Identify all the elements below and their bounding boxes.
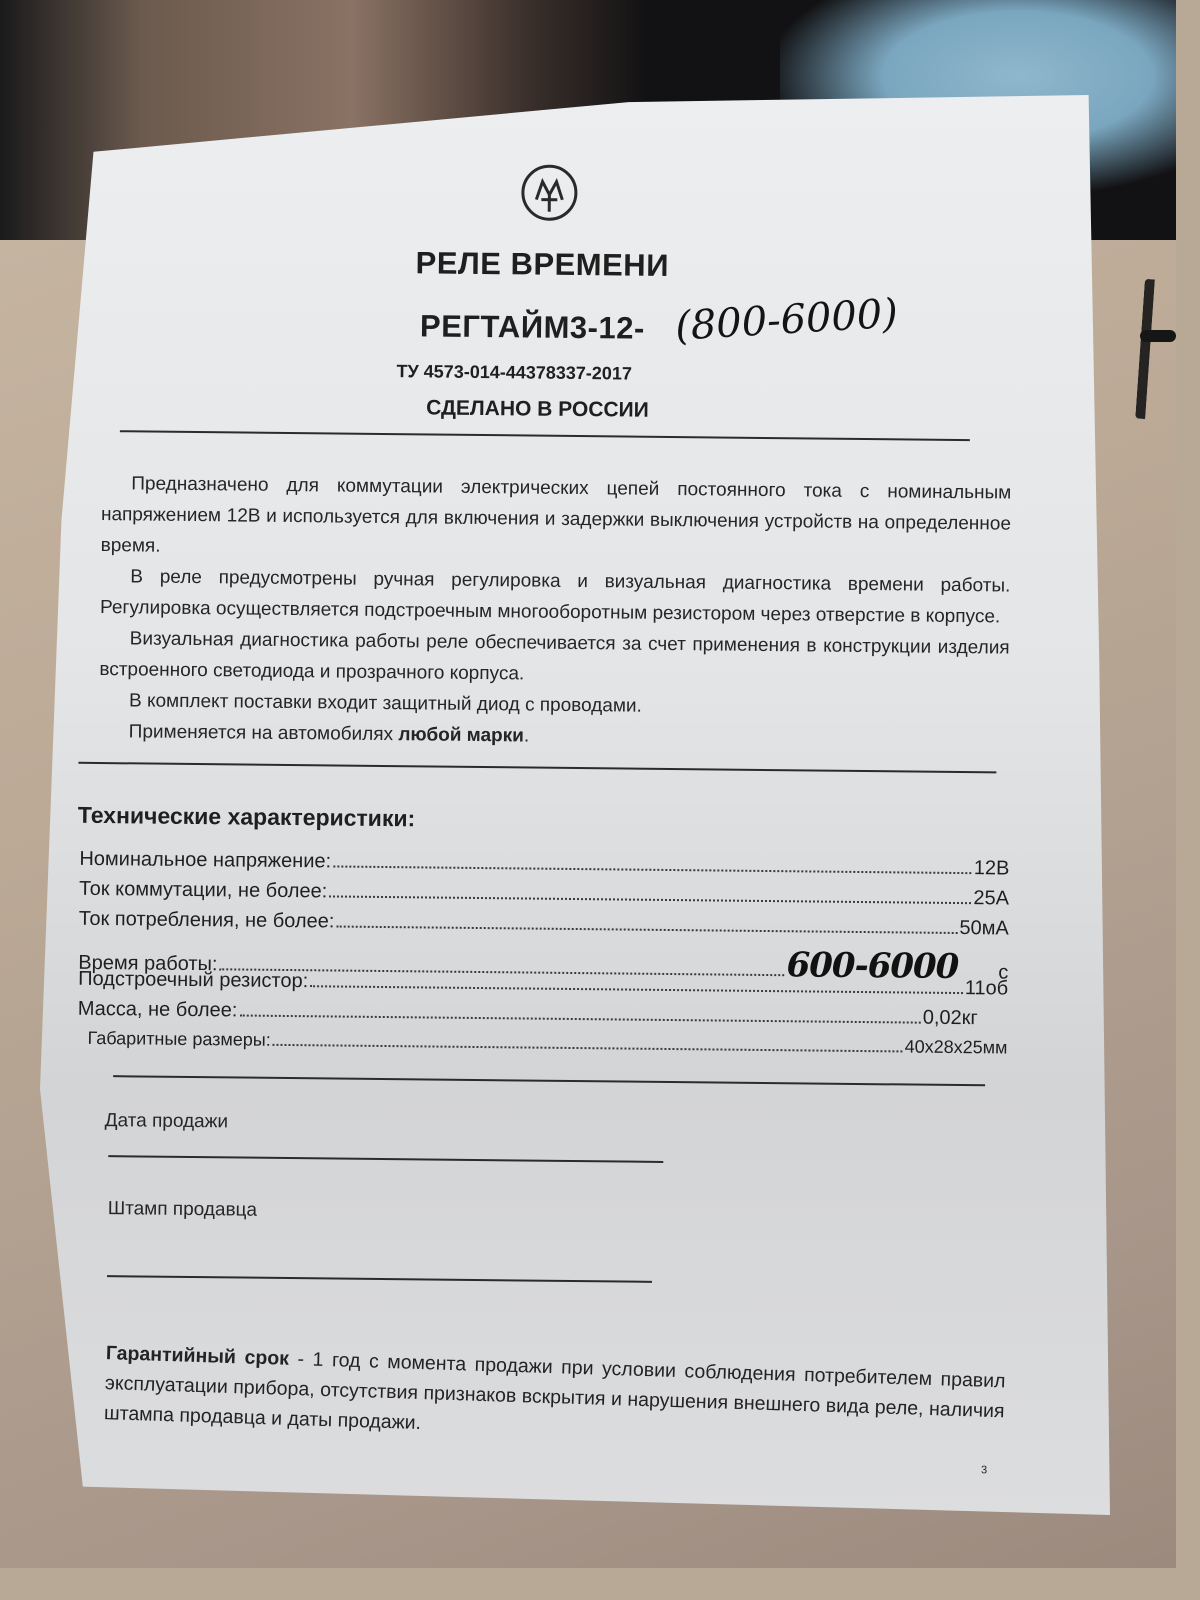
spec-label: Подстроечный резистор:	[78, 968, 308, 993]
leader-dots	[239, 1014, 920, 1023]
usage-text: Применяется на автомобилях	[129, 721, 399, 745]
leader-dots	[333, 865, 972, 874]
divider	[120, 430, 970, 441]
spec-value: 0,02кг	[923, 1007, 978, 1031]
divider	[113, 1075, 985, 1086]
spec-value: 50мА	[959, 917, 1009, 941]
model-name: РЕГТАЙМ3-12-	[420, 308, 645, 346]
usage-bold-text: любой марки	[398, 724, 524, 746]
seller-stamp-line[interactable]	[107, 1275, 652, 1283]
leader-dots	[329, 895, 971, 904]
spec-value: 25А	[973, 887, 1009, 910]
made-in-label: СДЕЛАНО В РОССИИ	[426, 396, 649, 422]
spec-label: Габаритные размеры:	[87, 1028, 270, 1051]
spec-label: Номинальное напряжение:	[79, 848, 331, 874]
warranty-text: Гарантийный срок - 1 год с момента прода…	[104, 1338, 1006, 1456]
handwritten-model-range: (800-6000)	[674, 291, 899, 350]
divider	[78, 762, 996, 774]
spec-label: Масса, не более:	[78, 998, 238, 1023]
leader-dots	[336, 926, 957, 935]
spec-value: 40х28х25мм	[905, 1036, 1008, 1058]
spec-label: Ток потребления, не более:	[79, 908, 335, 934]
manufacturer-logo-icon	[521, 164, 578, 221]
description-paragraph: Визуальная диагностика работы реле обесп…	[99, 623, 1010, 695]
seller-stamp-label: Штамп продавца	[108, 1198, 258, 1222]
warranty-title: Гарантийный срок	[106, 1342, 290, 1370]
marker-scribble-stroke	[1140, 330, 1176, 342]
spec-code: ТУ 4573-014-44378337-2017	[396, 361, 632, 384]
sale-date-label: Дата продажи	[105, 1110, 229, 1133]
sale-date-line[interactable]	[108, 1155, 663, 1163]
page-number: 3	[981, 1464, 987, 1476]
spec-value: 12В	[974, 857, 1010, 880]
document-title: РЕЛЕ ВРЕМЕНИ	[415, 245, 669, 284]
spec-label: Ток коммутации, не более:	[79, 878, 327, 904]
description-paragraph: В реле предусмотрены ручная регулировка …	[100, 561, 1011, 633]
handwritten-run-time: 600-6000	[786, 945, 958, 987]
specs-list: Номинальное напряжение: 12В Ток коммутац…	[77, 848, 1009, 1068]
description-paragraph: Предназначено для коммутации электрическ…	[101, 468, 1012, 571]
leader-dots	[310, 985, 963, 994]
description-block: Предназначено для коммутации электрическ…	[99, 468, 1012, 757]
specs-title: Технические характеристики:	[78, 802, 416, 833]
spec-value: 11об	[965, 977, 1009, 1000]
usage-suffix: .	[524, 725, 530, 746]
leader-dots	[273, 1044, 903, 1053]
instruction-sheet-content: РЕЛЕ ВРЕМЕНИ РЕГТАЙМ3-12- (800-6000) ТУ …	[33, 89, 1118, 1520]
